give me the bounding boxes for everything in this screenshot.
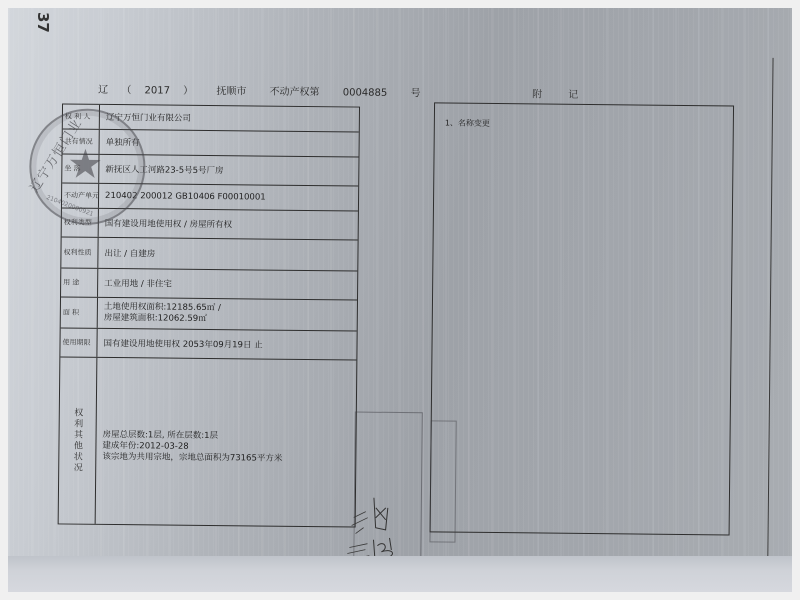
building-area: 房屋建筑面积:12062.59㎡ [104, 313, 207, 325]
annex-box: 1、名称变更 [430, 102, 734, 535]
page-bottom-edge [8, 556, 792, 592]
seal-code: 2104020000921 [45, 194, 94, 218]
star-icon: ★ [67, 145, 103, 185]
value-other-rights: 房屋总层数:1层, 所在层数:1层 建成年份:2012-03-28 该宗地为共用… [96, 358, 357, 527]
real-estate-certificate: 辽 （ 2017 ） 抚顺市 不动产权第 0004885 号 权 利 人 辽宁万… [8, 8, 792, 592]
row-other-rights: 权利其他状况 房屋总层数:1层, 所在层数:1层 建成年份:2012-03-28… [59, 357, 357, 526]
label-right-nature: 权利性质 [61, 237, 98, 267]
city: 抚顺市 [216, 86, 246, 97]
number-suffix: 号 [410, 88, 420, 99]
annex-title: 附记 [532, 85, 604, 101]
row-area: 面 积 土地使用权面积:12185.65㎡ / 房屋建筑面积:12062.59㎡ [61, 297, 357, 331]
document-photo: 37 辽 （ 2017 ） 抚顺市 不动产权第 0004885 号 权 利 人 … [8, 8, 792, 592]
page-border-line [767, 58, 773, 558]
registration-seal-edge [429, 420, 456, 542]
row-usage: 用 途 工业用地 / 非住宅 [61, 268, 357, 300]
value-area: 土地使用权面积:12185.65㎡ / 房屋建筑面积:12062.59㎡ [98, 298, 357, 331]
value-right-nature: 出让 / 自建房 [98, 238, 357, 271]
value-term: 国有建设用地使用权 2053年09月19日 止 [97, 329, 356, 360]
annex-item: 1、名称变更 [445, 117, 490, 128]
label-area: 面 积 [61, 297, 98, 327]
value-right-holder: 辽宁万恒门业有限公司 [100, 105, 359, 132]
shared-land-note: 该宗地为共用宗地，宗地总面积为73165平方米 [102, 451, 282, 464]
certificate-number: 0004885 [343, 87, 388, 98]
certificate-number-line: 辽 （ 2017 ） 抚顺市 不动产权第 0004885 号 [98, 81, 430, 99]
province-abbr: 辽 [98, 85, 108, 96]
label-other-rights: 权利其他状况 [59, 357, 98, 523]
value-right-type: 国有建设用地使用权 / 房屋所有权 [99, 209, 358, 240]
year: 2017 [144, 85, 170, 96]
year-open: （ [121, 85, 131, 96]
year-close: ） [183, 86, 193, 97]
label-usage: 用 途 [61, 268, 98, 296]
label-term: 使用期限 [60, 328, 97, 356]
type-label: 不动产权第 [270, 87, 320, 99]
company-seal: 辽宁万恒门业 ★ 2104020000921 [29, 108, 146, 225]
row-right-nature: 权利性质 出让 / 自建房 [61, 237, 357, 271]
completion-year: 建成年份:2012-03-28 [102, 440, 188, 452]
row-term: 使用期限 国有建设用地使用权 2053年09月19日 止 [60, 328, 356, 360]
value-usage: 工业用地 / 非住宅 [98, 269, 357, 300]
